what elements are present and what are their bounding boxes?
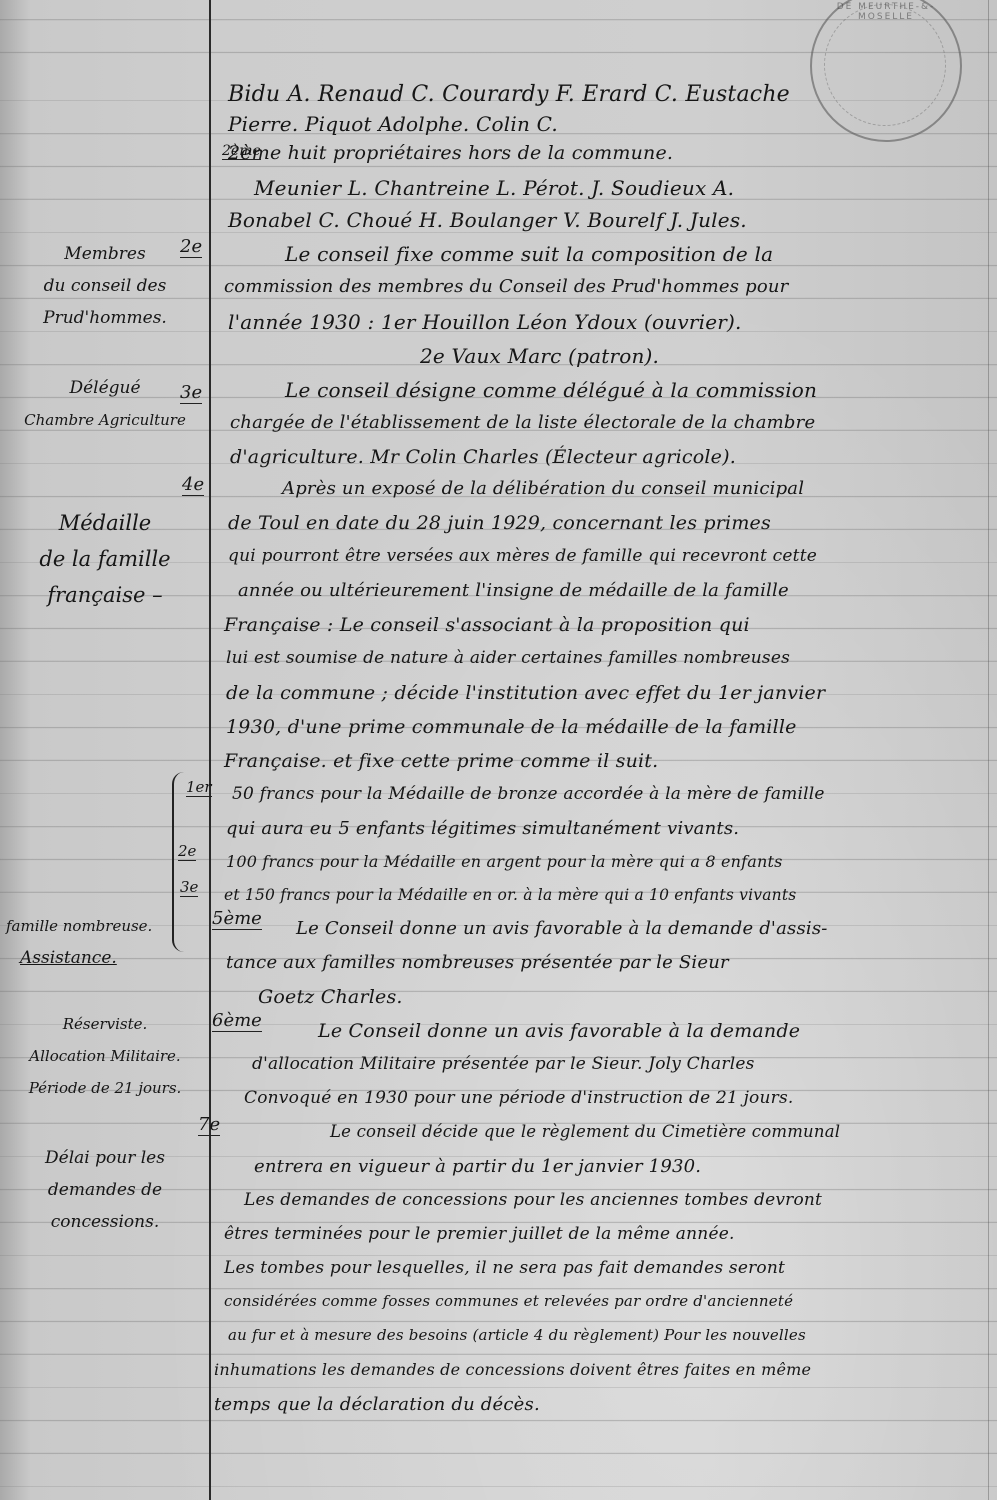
body-line: au fur et à mesure des besoins (article … [228, 1326, 806, 1344]
body-line: 2e Vaux Marc (patron). [420, 344, 659, 368]
body-line: Française. et fixe cette prime comme il … [224, 750, 658, 772]
margin-line: Période de 21 jours. [6, 1072, 204, 1104]
body-line: 50 francs pour la Médaille de bronze acc… [232, 784, 825, 804]
body-line: de la commune ; décide l'institution ave… [226, 682, 825, 704]
margin-note-medaille: Médaille de la famille française – [6, 505, 204, 613]
item-number: 3e [180, 382, 202, 404]
body-line: Bonabel C. Choué H. Boulanger V. Bourelf… [228, 208, 747, 232]
margin-line: Réserviste. [6, 1008, 204, 1040]
margin-line: Allocation Militaire. [6, 1040, 204, 1072]
right-edge-rule [988, 0, 989, 1500]
margin-note-reserviste: Réserviste. Allocation Militaire. Périod… [6, 1008, 204, 1104]
body-line: Le Conseil donne un avis favorable à la … [318, 1020, 800, 1042]
body-line: d'agriculture. Mr Colin Charles (Électeu… [230, 446, 736, 468]
body-line: Le conseil décide que le règlement du Ci… [330, 1122, 840, 1141]
margin-note-agriculture: Délégué Chambre Agriculture [6, 372, 204, 436]
body-line: inhumations les demandes de concessions … [214, 1360, 811, 1379]
margin-line: de la famille [6, 541, 204, 577]
margin-line: française – [6, 577, 204, 613]
item-number: 1er [186, 778, 212, 797]
body-line: considérées comme fosses communes et rel… [224, 1292, 793, 1310]
margin-note-concessions: Délai pour les demandes de concessions. [6, 1142, 204, 1238]
item-number: 4e [182, 474, 204, 496]
body-line: 1930, d'une prime communale de la médail… [226, 716, 797, 738]
body-line: Les tombes pour lesquelles, il ne sera p… [224, 1258, 785, 1278]
margin-line: Délégué [6, 372, 204, 404]
body-line: Le conseil fixe comme suit la compositio… [285, 242, 773, 266]
body-line: Le Conseil donne un avis favorable à la … [296, 918, 828, 939]
margin-line: Chambre Agriculture [6, 404, 204, 436]
item-number: 3e [180, 878, 198, 897]
body-line: Après un exposé de la délibération du co… [282, 478, 804, 499]
body-line: d'allocation Militaire présentée par le … [252, 1054, 755, 1074]
body-line: qui aura eu 5 enfants légitimes simultan… [226, 818, 739, 839]
body-line: Goetz Charles. [258, 986, 403, 1008]
item-number: 2e [178, 842, 196, 861]
body-line: entrera en vigueur à partir du 1er janvi… [254, 1156, 701, 1177]
margin-line: Médaille [6, 505, 204, 541]
body-line: Française : Le conseil s'associant à la … [224, 614, 750, 636]
body-line: 100 francs pour la Médaille en argent po… [226, 852, 783, 871]
body-line: chargée de l'établissement de la liste é… [230, 412, 815, 433]
body-line: commission des membres du Conseil des Pr… [224, 276, 788, 297]
item-number: 2e [180, 236, 202, 258]
item-number: 7e [198, 1114, 220, 1136]
margin-line: Délai pour les [6, 1142, 204, 1174]
body-line: année ou ultérieurement l'insigne de méd… [238, 580, 789, 601]
body-line: temps que la déclaration du décès. [214, 1394, 540, 1415]
margin-note-prudhommes: Membres du conseil des Prud'hommes. [6, 238, 204, 334]
item-number: 5ème [212, 908, 262, 930]
body-line: 2ème huit propriétaires hors de la commu… [228, 142, 673, 164]
body-line: de Toul en date du 28 juin 1929, concern… [228, 512, 771, 534]
body-line: et 150 francs pour la Médaille en or. à … [224, 886, 796, 904]
register-page: DE MEURTHE-&-MOSELLE Membres du conseil … [0, 0, 997, 1500]
body-line: Convoqué en 1930 pour une période d'inst… [244, 1088, 794, 1108]
margin-line: demandes de [6, 1174, 204, 1206]
body-line: Bidu A. Renaud C. Courardy F. Erard C. E… [228, 82, 790, 107]
body-line: tance aux familles nombreuses présentée … [226, 952, 729, 973]
body-line: Les demandes de concessions pour les anc… [244, 1190, 822, 1210]
subitems-brace [172, 772, 186, 952]
body-line: Le conseil désigne comme délégué à la co… [285, 378, 817, 402]
margin-rule [209, 0, 211, 1500]
body-line: lui est soumise de nature à aider certai… [226, 648, 790, 668]
margin-line: Prud'hommes. [6, 302, 204, 334]
body-line: Pierre. Piquot Adolphe. Colin C. [228, 112, 558, 136]
body-line: qui pourront être versées aux mères de f… [228, 546, 817, 566]
body-line: l'année 1930 : 1er Houillon Léon Ydoux (… [228, 310, 742, 334]
official-seal-icon: DE MEURTHE-&-MOSELLE [810, 0, 962, 142]
item-number: 6ème [212, 1010, 262, 1032]
body-line: Meunier L. Chantreine L. Pérot. J. Soudi… [254, 176, 734, 200]
margin-line: concessions. [6, 1206, 204, 1238]
seal-text: DE MEURTHE-&-MOSELLE [812, 2, 960, 22]
seal-inner-ring [824, 4, 946, 126]
body-line: êtres terminées pour le premier juillet … [224, 1224, 735, 1244]
margin-line: Membres [6, 238, 204, 270]
margin-line: du conseil des [6, 270, 204, 302]
